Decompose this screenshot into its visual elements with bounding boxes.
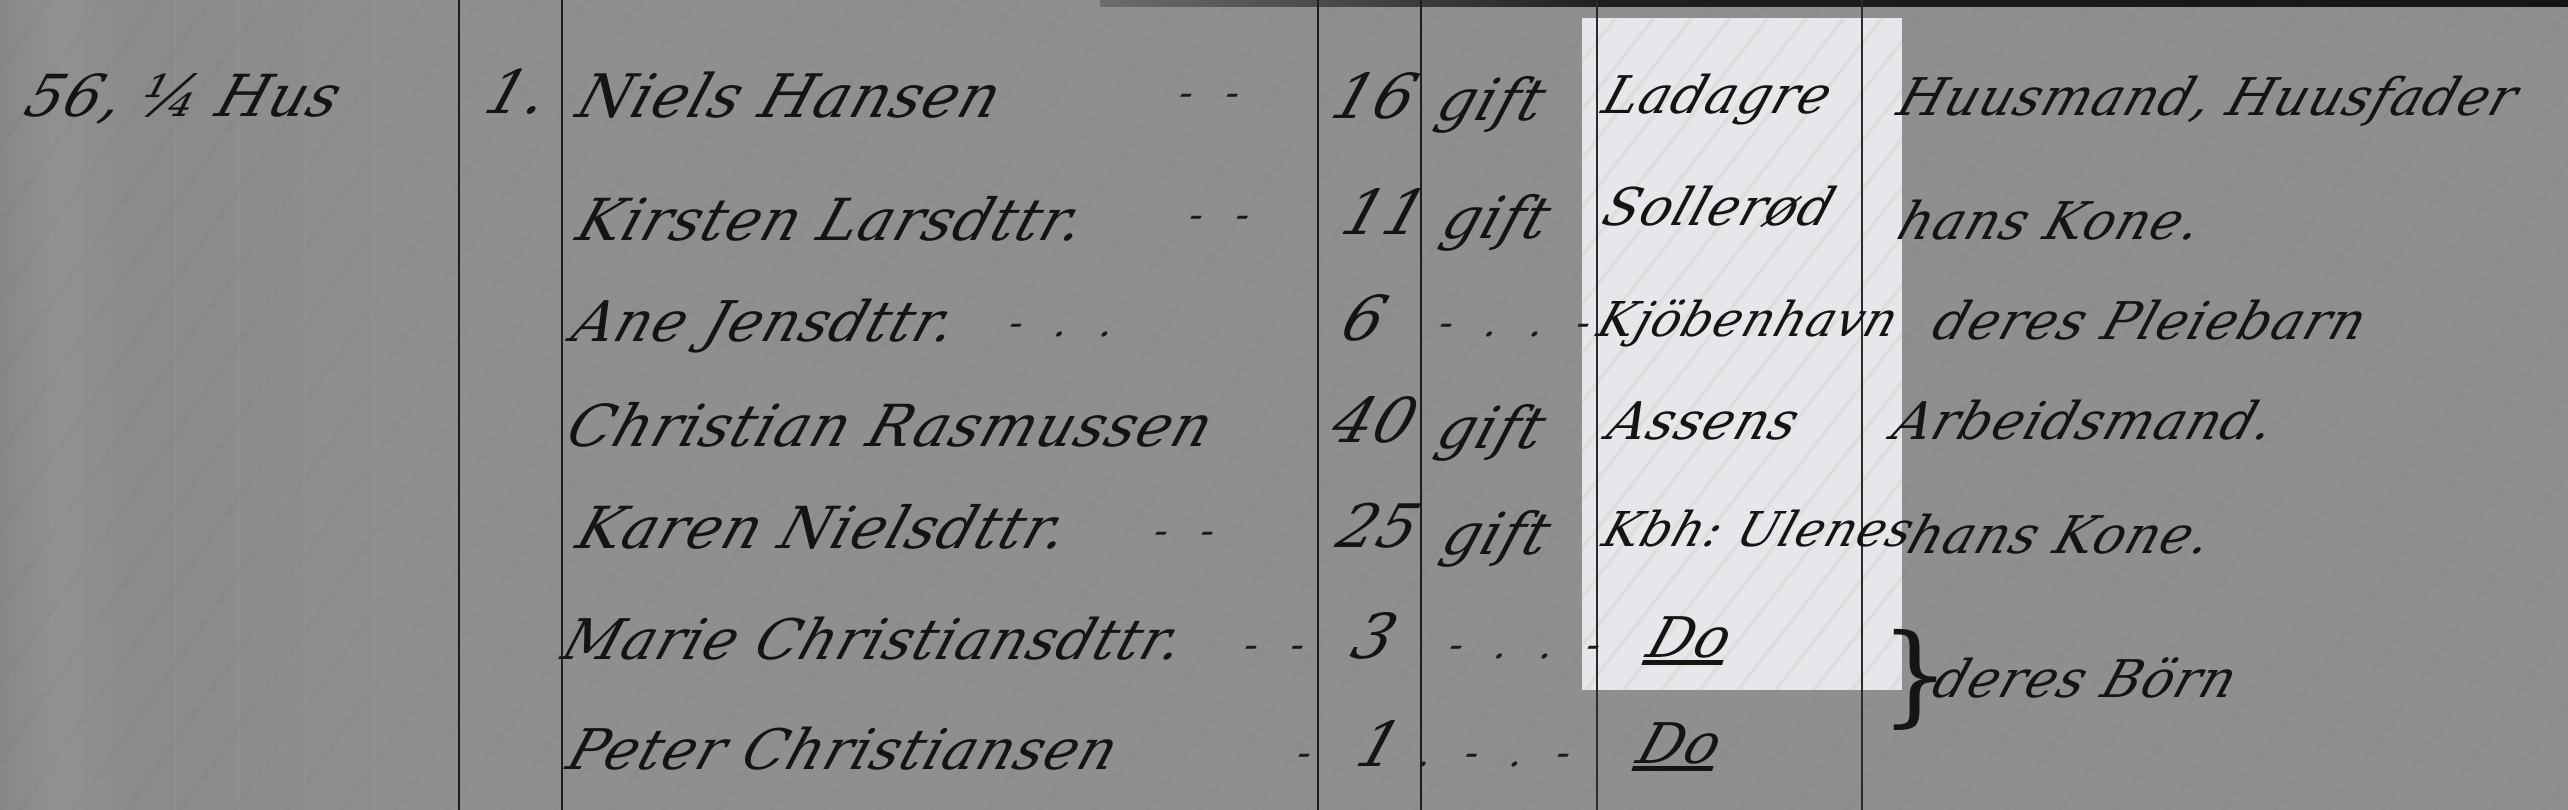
household-number: 1. [477, 58, 559, 128]
person-name: Marie Christiansdttr. [554, 608, 1193, 673]
leader-dashes: - . . [1003, 300, 1132, 346]
leader-dashes: - - [1148, 508, 1233, 554]
person-name: Peter Christiansen [559, 718, 1127, 783]
house-reference: 56, ¼ Hus [17, 62, 351, 130]
household-position-group: deres Börn [1925, 650, 2245, 710]
leader-dashes: - - [1238, 622, 1323, 668]
birthplace: Kbh: Ulenes [1596, 502, 1922, 558]
marital-status: gift [1434, 184, 1561, 252]
column-line-position-highlighted [1861, 0, 1863, 810]
household-position: Arbeidsmand. [1885, 392, 2283, 452]
top-border-rule [1100, 0, 2568, 7]
person-name: Christian Rasmussen [559, 392, 1223, 460]
leader-dashes: - [1291, 730, 1329, 776]
marital-status: - . . - [1443, 622, 1619, 668]
person-age: 3 [1343, 600, 1407, 673]
household-position: hans Kone. [1900, 506, 2220, 566]
marital-status: gift [1429, 394, 1556, 462]
person-age: 16 [1323, 60, 1428, 133]
household-position: Huusmand, Huusfader [1890, 68, 2526, 128]
leader-dashes: - - [1183, 192, 1268, 238]
household-position: deres Pleiebarn [1925, 292, 2375, 352]
person-name: Karen Nielsdttr. [569, 494, 1078, 562]
person-name: Kirsten Larsdttr. [569, 186, 1095, 254]
marital-status: - . . - [1433, 300, 1609, 346]
marital-status: gift [1434, 500, 1561, 568]
person-age: 6 [1333, 282, 1397, 355]
person-name: Ane Jensdttr. [564, 290, 965, 355]
birthplace: Sollerød [1595, 178, 1843, 238]
person-age: 40 [1323, 384, 1428, 457]
column-line-age [1317, 0, 1319, 810]
marital-status: gift [1429, 66, 1556, 134]
birthplace: Assens [1600, 392, 1807, 452]
marital-status: . - . - [1413, 730, 1589, 776]
birthplace-ditto: Do [1629, 712, 1731, 777]
column-line-name [561, 0, 563, 810]
person-age: 25 [1329, 492, 1430, 562]
person-name: Niels Hansen [569, 62, 1012, 132]
person-age: 11 [1333, 176, 1438, 249]
birthplace: Ladagre [1595, 66, 1840, 126]
household-position: hans Kone. [1890, 192, 2210, 252]
leader-dashes: - - [1173, 70, 1258, 116]
column-line-household [458, 0, 460, 810]
person-age: 1 [1348, 708, 1412, 781]
census-page: 56, ¼ Hus 1. Niels Hansen - - 16 gift La… [0, 0, 2568, 810]
birthplace: Kjöbenhavn [1591, 292, 1906, 348]
